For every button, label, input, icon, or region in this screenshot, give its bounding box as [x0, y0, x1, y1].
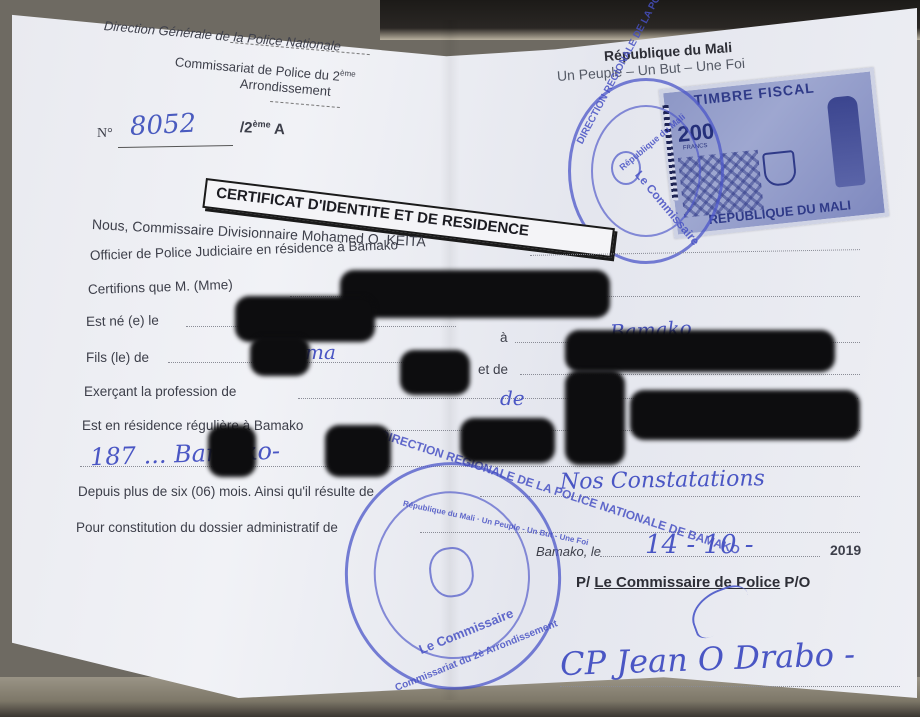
child-and-label: et de [478, 362, 508, 377]
redaction-name [340, 270, 610, 318]
redaction-address-3 [460, 418, 555, 463]
number-suffix-tail: A [270, 121, 285, 139]
signature-title-text: Le Commissaire de Police [594, 574, 780, 591]
born-line: Est né (e) le [86, 313, 159, 329]
redaction-father [250, 336, 310, 376]
redaction-mother [565, 330, 835, 372]
redaction-address-2 [325, 425, 391, 477]
number-suffix-sup: ème [252, 119, 271, 130]
redaction-birthdate [235, 296, 375, 342]
signature-title: P/ Le Commissaire de Police P/O [576, 574, 810, 591]
redaction-profession [565, 370, 625, 465]
duration-value: Nos Constatations [560, 466, 765, 495]
number-label: N° [97, 126, 113, 142]
dotted-line [480, 496, 860, 497]
number-suffix: /2ème A [240, 118, 286, 138]
date-year: 2019 [830, 542, 861, 558]
child-line: Fils (le) de [86, 350, 149, 365]
fiscal-stamp-title: TIMBRE FISCAL [693, 79, 815, 108]
signature-suffix: P/O [780, 574, 810, 591]
redaction-residence [630, 390, 860, 440]
header-commissariat-sup: ème [340, 68, 356, 78]
document-number: 8052 [129, 109, 197, 142]
redaction-mid [400, 350, 470, 395]
chiwara-icon [827, 95, 866, 188]
number-suffix-text: /2 [240, 119, 253, 137]
purpose-line: Pour constitution du dossier administrat… [76, 520, 338, 535]
seal-emblem-icon [611, 151, 641, 185]
dotted-line [560, 686, 900, 687]
signature-prefix: P/ [576, 574, 594, 591]
profession-line: Exerçant la profession de [84, 384, 236, 399]
profession-partial: de [500, 386, 525, 410]
coat-of-arms-icon [762, 150, 797, 187]
residence-line: Est en résidence régulière à Bamako [82, 418, 303, 433]
born-at-label: à [500, 330, 508, 345]
redaction-address-1 [208, 425, 256, 477]
duration-line: Depuis plus de six (06) mois. Ainsi qu'i… [78, 484, 374, 499]
